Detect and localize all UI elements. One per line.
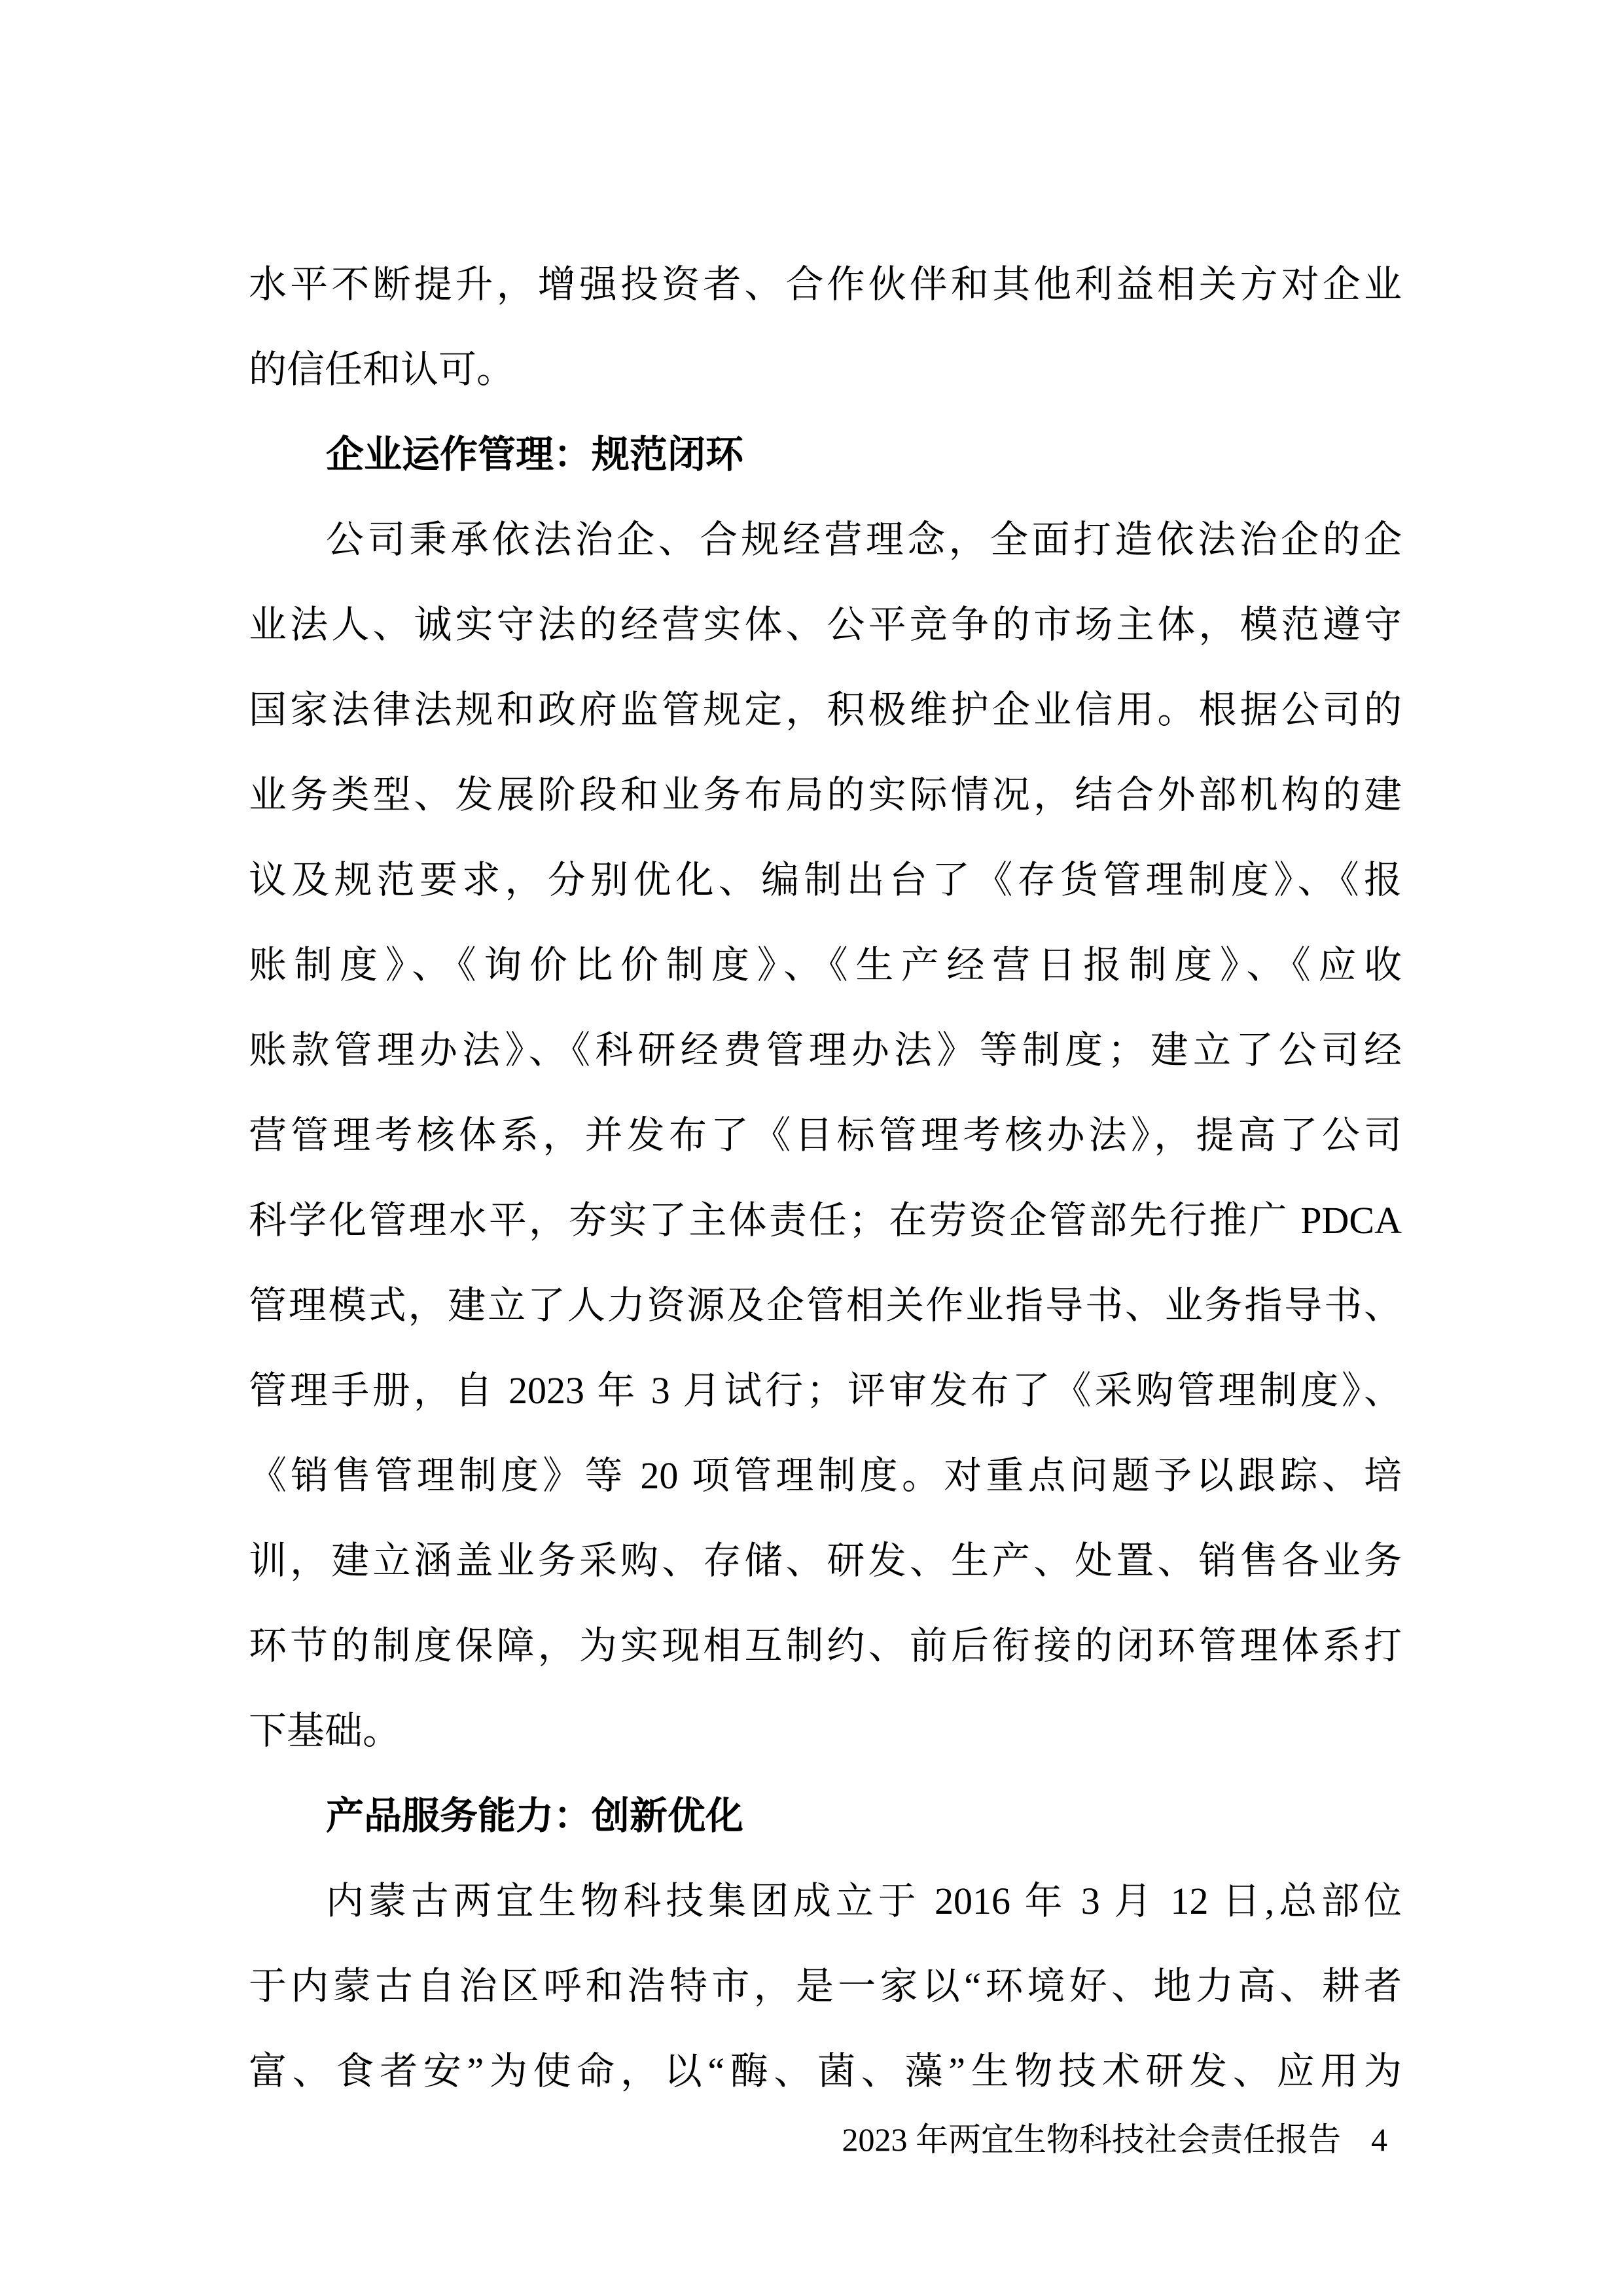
footer-page-number: 4	[1371, 2121, 1387, 2159]
text-line: 水平不断提升，增强投资者、合作伙伴和其他利益相关方对企业	[249, 242, 1402, 327]
text-line: 议及规范要求，分别优化、编制出台了《存货管理制度》、《报	[249, 838, 1402, 923]
footer-report-title: 2023 年两宜生物科技社会责任报告	[842, 2121, 1342, 2159]
text-line: 环节的制度保障，为实现相互制约、前后衔接的闭环管理体系打	[249, 1604, 1402, 1689]
text-line: 业法人、诚实守法的经营实体、公平竞争的市场主体，模范遵守	[249, 583, 1402, 668]
text-line: 账制度》、《询价比价制度》、《生产经营日报制度》、《应收	[249, 923, 1402, 1008]
text-line: 训，建立涵盖业务采购、存储、研发、生产、处置、销售各业务	[249, 1518, 1402, 1604]
page-footer: 2023 年两宜生物科技社会责任报告 4	[842, 2121, 1388, 2159]
section-heading: 企业运作管理：规范闭环	[249, 412, 1402, 497]
document-body: 水平不断提升，增强投资者、合作伙伴和其他利益相关方对企业 的信任和认可。 企业运…	[249, 242, 1402, 2114]
text-line: 于内蒙古自治区呼和浩特市，是一家以“环境好、地力高、耕者	[249, 1944, 1402, 2029]
document-page: 水平不断提升，增强投资者、合作伙伴和其他利益相关方对企业 的信任和认可。 企业运…	[0, 0, 1623, 2296]
text-line: 管理手册，自 2023 年 3 月试行；评审发布了《采购管理制度》、	[249, 1348, 1402, 1433]
text-line: 账款管理办法》、《科研经费管理办法》等制度；建立了公司经	[249, 1008, 1402, 1093]
text-line: 的信任和认可。	[249, 327, 1402, 412]
text-line: 富、食者安”为使命，以“酶、菌、藻”生物技术研发、应用为	[249, 2029, 1402, 2114]
text-line: 下基础。	[249, 1689, 1402, 1774]
text-line: 公司秉承依法治企、合规经营理念，全面打造依法治企的企	[249, 497, 1402, 583]
text-line: 内蒙古两宜生物科技集团成立于 2016 年 3 月 12 日,总部位	[249, 1859, 1402, 1944]
text-line: 营管理考核体系，并发布了《目标管理考核办法》，提高了公司	[249, 1093, 1402, 1178]
text-line: 国家法律法规和政府监管规定，积极维护企业信用。根据公司的	[249, 668, 1402, 753]
text-line: 《销售管理制度》等 20 项管理制度。对重点问题予以跟踪、培	[249, 1433, 1402, 1518]
text-line: 业务类型、发展阶段和业务布局的实际情况，结合外部机构的建	[249, 753, 1402, 838]
text-line: 管理模式，建立了人力资源及企管相关作业指导书、业务指导书、	[249, 1263, 1402, 1348]
text-line: 科学化管理水平，夯实了主体责任；在劳资企管部先行推广 PDCA	[249, 1178, 1402, 1263]
section-heading: 产品服务能力：创新优化	[249, 1774, 1402, 1859]
